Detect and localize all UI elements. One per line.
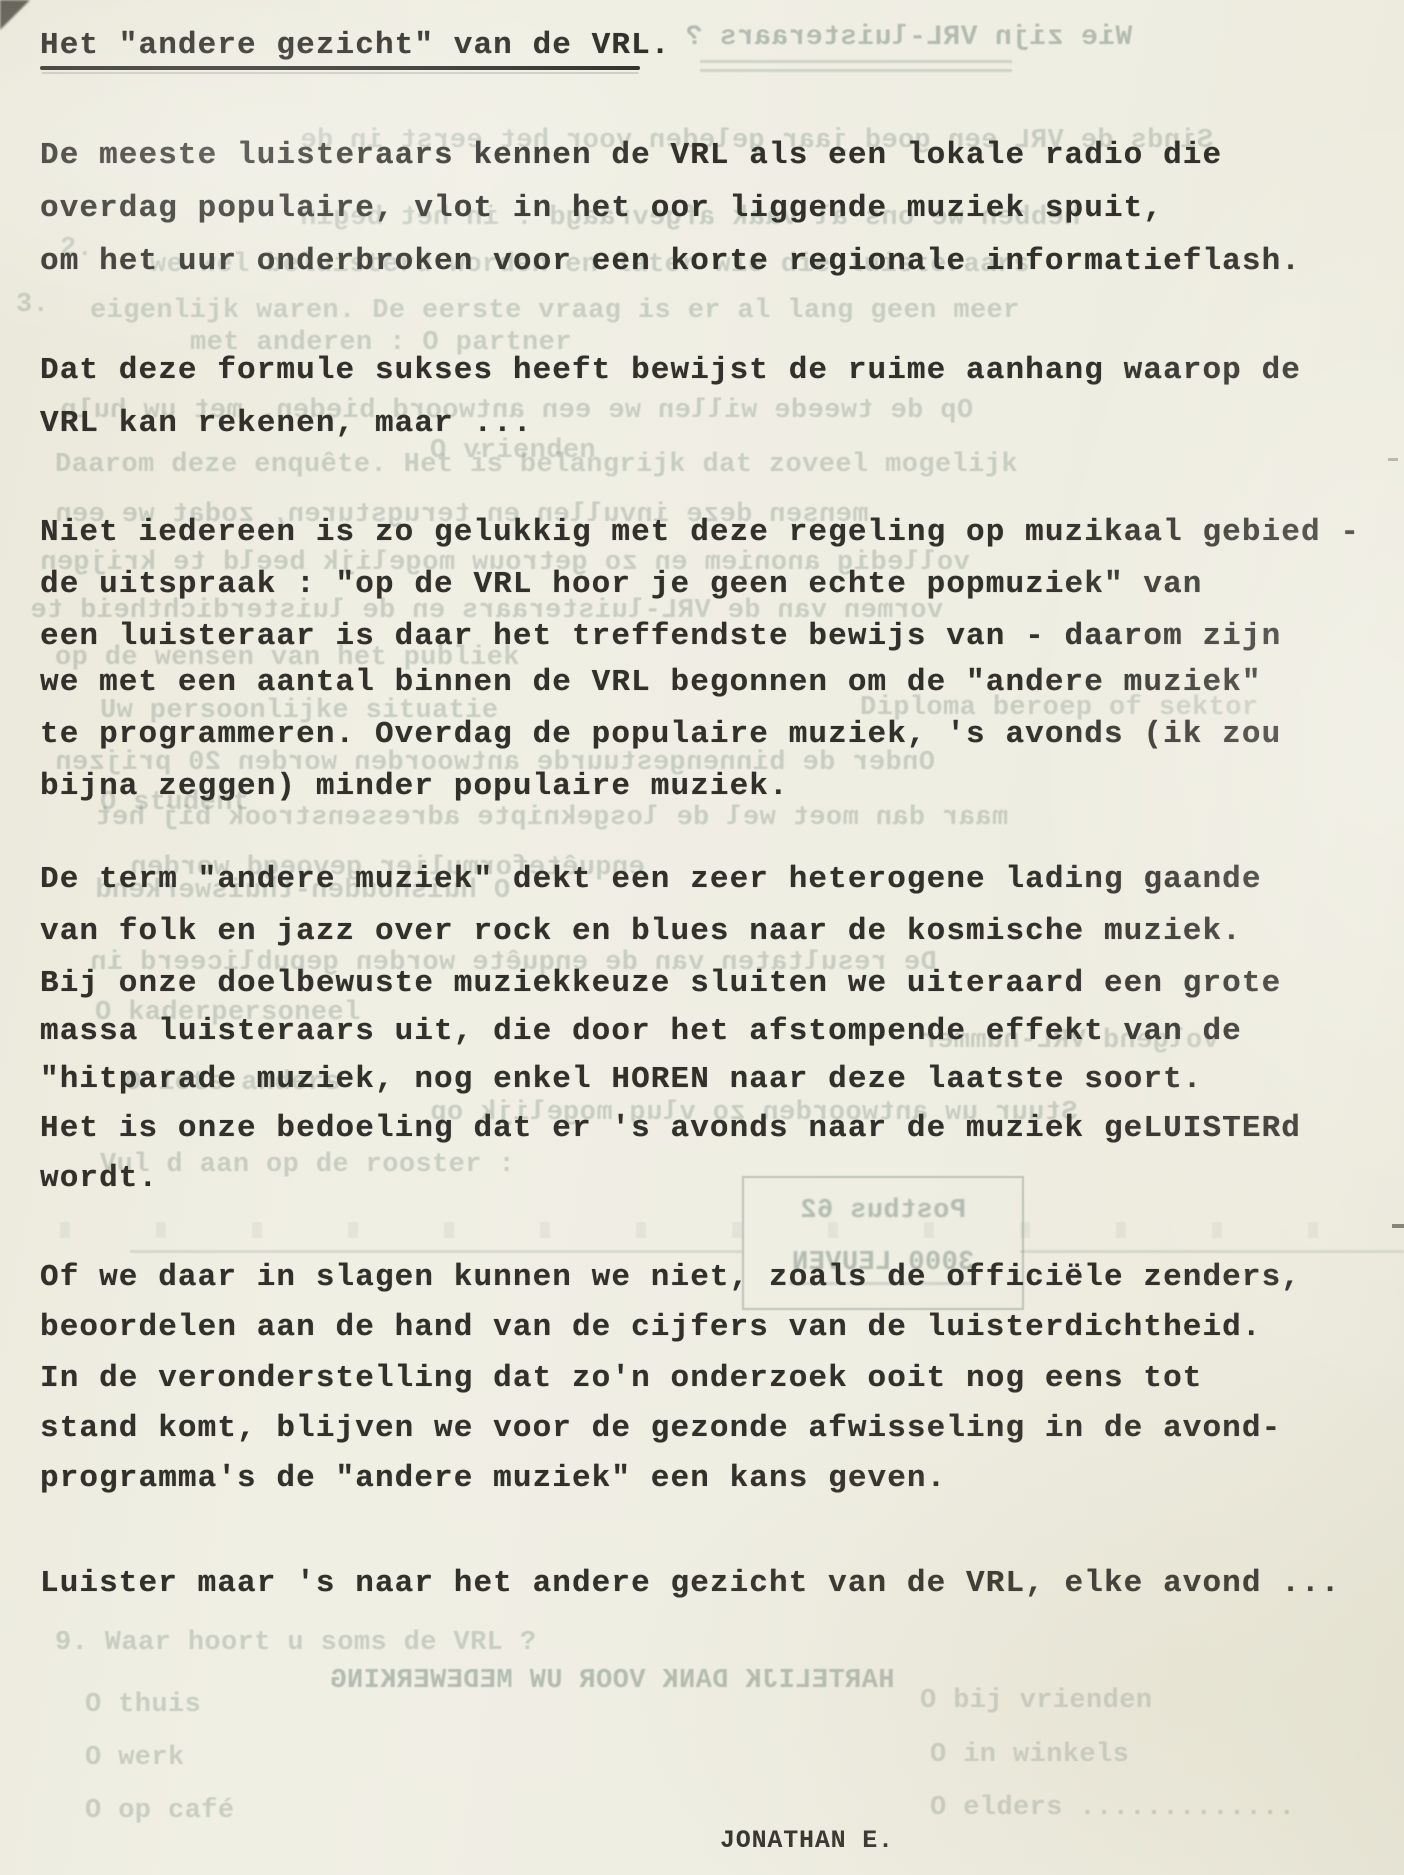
scan-edge-mark	[1388, 458, 1398, 461]
text-line: Niet iedereen is zo gelukkig met deze re…	[40, 515, 1360, 551]
text-line: Luister maar 's naar het andere gezicht …	[40, 1566, 1340, 1602]
text-line: stand komt, blijven we voor de gezonde a…	[40, 1411, 1281, 1447]
bleedthrough-text: O thuis	[85, 1692, 201, 1719]
bleedthrough-text: Postbus 62	[744, 1198, 1022, 1225]
title-underline	[40, 66, 640, 70]
text-line: massa luisteraars uit, die door het afst…	[40, 1014, 1242, 1050]
bleedthrough-underline	[700, 69, 1012, 72]
bleedthrough-text: O werk	[85, 1745, 185, 1772]
bleedthrough-text: 9. Waar hoort u soms de VRL ?	[55, 1630, 536, 1657]
scanned-document-page: Wie zijn VRL-luisteraars ? Sinds de VRL …	[0, 0, 1404, 1875]
bleedthrough-text: O op café	[85, 1798, 234, 1825]
bleedthrough-header: Wie zijn VRL-luisteraars ?	[685, 24, 1132, 52]
text-line: programma's de "andere muziek" een kans …	[40, 1461, 946, 1497]
text-line: van folk en jazz over rock en blues naar…	[40, 914, 1242, 950]
text-line: "hitparade muziek, nog enkel HOREN naar …	[40, 1062, 1202, 1098]
text-line: Het is onze bedoeling dat er 's avonds n…	[40, 1111, 1301, 1147]
text-line: wordt.	[40, 1161, 158, 1197]
text-line: overdag populaire, vlot in het oor ligge…	[40, 191, 1163, 227]
text-line: VRL kan rekenen, maar ...	[40, 406, 533, 442]
text-line: De term "andere muziek" dekt een zeer he…	[40, 862, 1262, 898]
text-line: om het uur onderbroken voor een korte re…	[40, 244, 1301, 280]
text-line: Dat deze formule sukses heeft bewijst de…	[40, 353, 1301, 389]
bleedthrough-text: Vul d aan op de rooster :	[100, 1152, 515, 1179]
text-line: te programmeren. Overdag de populaire mu…	[40, 717, 1281, 753]
signature: JONATHAN E.	[720, 1828, 894, 1853]
text-line: In de veronderstelling dat zo'n onderzoe…	[40, 1361, 1202, 1397]
text-line: de uitspraak : "op de VRL hoor je geen e…	[40, 567, 1202, 603]
bleedthrough-underline	[700, 60, 1012, 63]
text-line: bijna zeggen) minder populaire muziek.	[40, 769, 789, 805]
text-line: De meeste luisteraars kennen de VRL als …	[40, 138, 1222, 174]
bleedthrough-text: O elders .............	[930, 1795, 1295, 1822]
text-line: Of we daar in slagen kunnen we niet, zoa…	[40, 1260, 1301, 1296]
text-line: we met een aantal binnen de VRL begonnen…	[40, 665, 1262, 701]
bleedthrough-rule	[1020, 1250, 1404, 1253]
bleedthrough-rule	[130, 1250, 742, 1253]
bleedthrough-text: O bij vrienden	[920, 1688, 1152, 1715]
bleedthrough-text: 3.	[16, 292, 49, 319]
page-title: Het "andere gezicht" van de VRL.	[40, 28, 671, 64]
bleedthrough-tick-row	[60, 1222, 1340, 1238]
text-line: beoordelen aan de hand van de cijfers va…	[40, 1310, 1262, 1346]
bleedthrough-text: Daarom deze enquête. Het is belangrijk d…	[55, 452, 1018, 479]
bleedthrough-text: HARTELIJK DANK VOOR UW MEDEWERKING	[330, 1668, 895, 1695]
scan-corner-artifact	[0, 0, 30, 30]
bleedthrough-text: eigenlijk waren. De eerste vraag is er a…	[90, 298, 1020, 325]
text-line: een luisteraar is daar het treffendste b…	[40, 619, 1281, 655]
bleedthrough-text: O in winkels	[930, 1742, 1129, 1769]
bleedthrough-text: maar dan moet wel de losgeknipte adresse…	[95, 805, 1008, 832]
scan-edge-mark	[1392, 1224, 1404, 1228]
text-line: Bij onze doelbewuste muziekkeuze sluiten…	[40, 966, 1281, 1002]
